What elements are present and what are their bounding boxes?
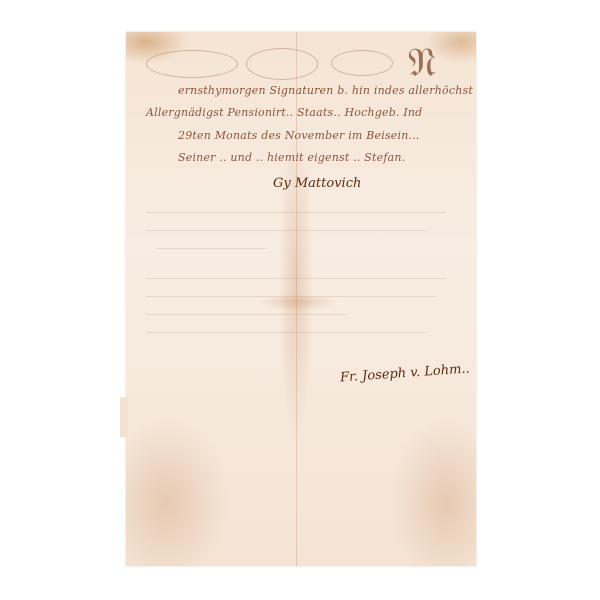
letter-line-1: ernsthymorgen Signaturen b. hin indes al… [178,84,473,97]
flourish-swirl [331,50,393,76]
faded-text-line [146,314,346,315]
torn-edge [120,397,128,437]
letter-line-3: 29ten Monats des November im Beisein... [178,129,420,142]
faded-text-line [146,278,446,279]
faded-text-line [146,332,426,333]
flourish-swirl [146,50,238,78]
lower-signature: Fr. Joseph v. Lohm.. [340,361,471,385]
closing-signature: Gy Mattovich [273,176,361,191]
letter-line-2: Allergnädigst Pensionirt.. Staats.. Hoch… [146,106,422,119]
flourish-swirl [246,48,318,80]
faded-text-line [146,212,446,213]
letter-line-4: Seiner .. und .. hiemit eigenst .. Stefa… [178,151,405,164]
faded-text-line [146,296,436,297]
ornamental-initial-icon: 𝔑 [408,40,436,86]
faded-text-line [146,230,426,231]
document-page: 𝔑 ernsthymorgen Signaturen b. hin indes … [126,32,476,566]
faded-text-line [156,248,266,249]
